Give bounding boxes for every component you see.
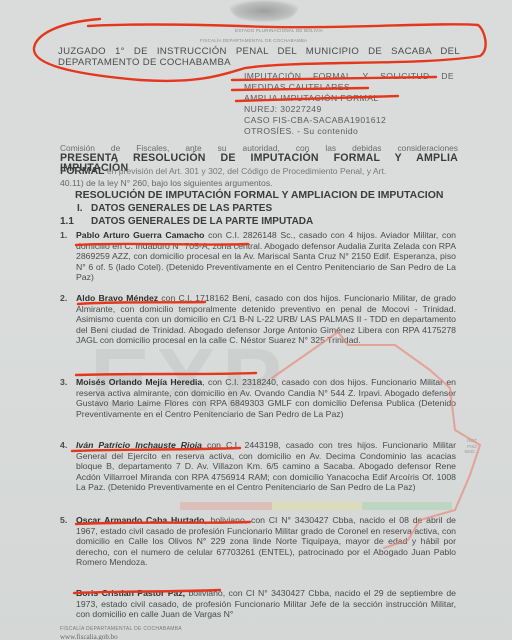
subject-line1: IMPUTACIÓN FORMAL Y SOLICITUD DE	[244, 71, 454, 81]
item-number: 3.	[60, 377, 67, 388]
accused-name: Oscar Armando Caba Hurtado,	[76, 515, 207, 525]
item-number: 2.	[60, 293, 67, 304]
flag-bar-green	[362, 502, 452, 510]
accused-item-3: 3. Moisés Orlando Mejía Heredia, con C.I…	[76, 377, 456, 419]
coat-of-arms-icon	[228, 0, 300, 22]
item-number: 1.	[60, 230, 67, 241]
intro-line4: 40.11) de la ley N° 260, bajo los siguie…	[60, 178, 458, 188]
accused-name: Boris Cristian Pastor Paz,	[76, 588, 185, 598]
letterhead-line2: FISCALÍA DEPARTAMENTAL DE COCHABAMBA	[200, 38, 307, 43]
item-number: 4.	[60, 440, 67, 451]
resolution-heading: RESOLUCIÓN DE IMPUTACIÓN FORMAL Y AMPLIA…	[75, 189, 443, 201]
item-number: 5.	[60, 515, 67, 526]
section-1-1-heading: DATOS GENERALES DE LA PARTE IMPUTADA	[91, 216, 313, 227]
case-number: CASO FIS-CBA-SACABA1901612	[244, 115, 386, 125]
accused-item-4: 4. Iván Patricio Inchauste Rioja con C.I…	[76, 440, 456, 493]
accused-name: Iván Patricio Inchauste Rioja	[76, 440, 202, 450]
footer-office: FISCALÍA DEPARTAMENTAL DE COCHABAMBA	[60, 626, 182, 632]
court-line1: JUZGADO 1° DE INSTRUCCIÓN PENAL DEL MUNI…	[58, 46, 460, 57]
subject-line2: MEDIDAS CAUTELARES	[244, 82, 350, 92]
nurej-number: NUREJ: 30227249	[244, 104, 322, 114]
letterhead-line1: ESTADO PLURINACIONAL DE BOLIVIA	[235, 28, 323, 33]
intro-line3-rest: en previsión del Art. 301 y 302, del Cód…	[104, 166, 386, 176]
accused-name: Pablo Arturo Guerra Camacho	[76, 230, 204, 240]
subject-line3: AMPLIA IMPUTACIÓN FORMAL	[244, 93, 379, 103]
document-page: ESTADO PLURINACIONAL DE BOLIVIA FISCALÍA…	[0, 0, 512, 640]
intro-bold-formal: FORMAL	[60, 166, 104, 177]
court-addressee: JUZGADO 1° DE INSTRUCCIÓN PENAL DEL MUNI…	[58, 47, 460, 68]
stamp-text: NOT FIS2 5042 ...	[462, 438, 482, 455]
accused-item-2: 2. Aldo Bravo Méndez con C.I. 1718162 Be…	[76, 293, 456, 346]
accused-item-6: Boris Cristian Pastor Paz, boliviano, co…	[76, 588, 456, 620]
section-1-heading: DATOS GENERALES DE LAS PARTES	[91, 203, 272, 214]
flag-bar-red	[180, 502, 272, 510]
otrosies-line: OTROSÍES. - Su contenido	[244, 126, 358, 136]
accused-name: Moisés Orlando Mejía Heredia	[76, 377, 202, 387]
section-1-1-number: 1.1	[60, 216, 74, 227]
accused-item-5: 5. Oscar Armando Caba Hurtado, boliviano…	[76, 515, 456, 568]
court-line2: DEPARTAMENTO DE COCHABAMBA	[58, 58, 460, 69]
section-1-number: I.	[77, 203, 83, 214]
intro-line3: FORMAL en previsión del Art. 301 y 302, …	[60, 166, 458, 177]
accused-item-1: 1. Pablo Arturo Guerra Camacho con C.I. …	[76, 230, 456, 283]
flag-bar-yellow	[272, 502, 362, 510]
footer-website: www.fiscalia.gob.bo	[60, 633, 118, 640]
accused-name: Aldo Bravo Méndez	[76, 293, 158, 303]
